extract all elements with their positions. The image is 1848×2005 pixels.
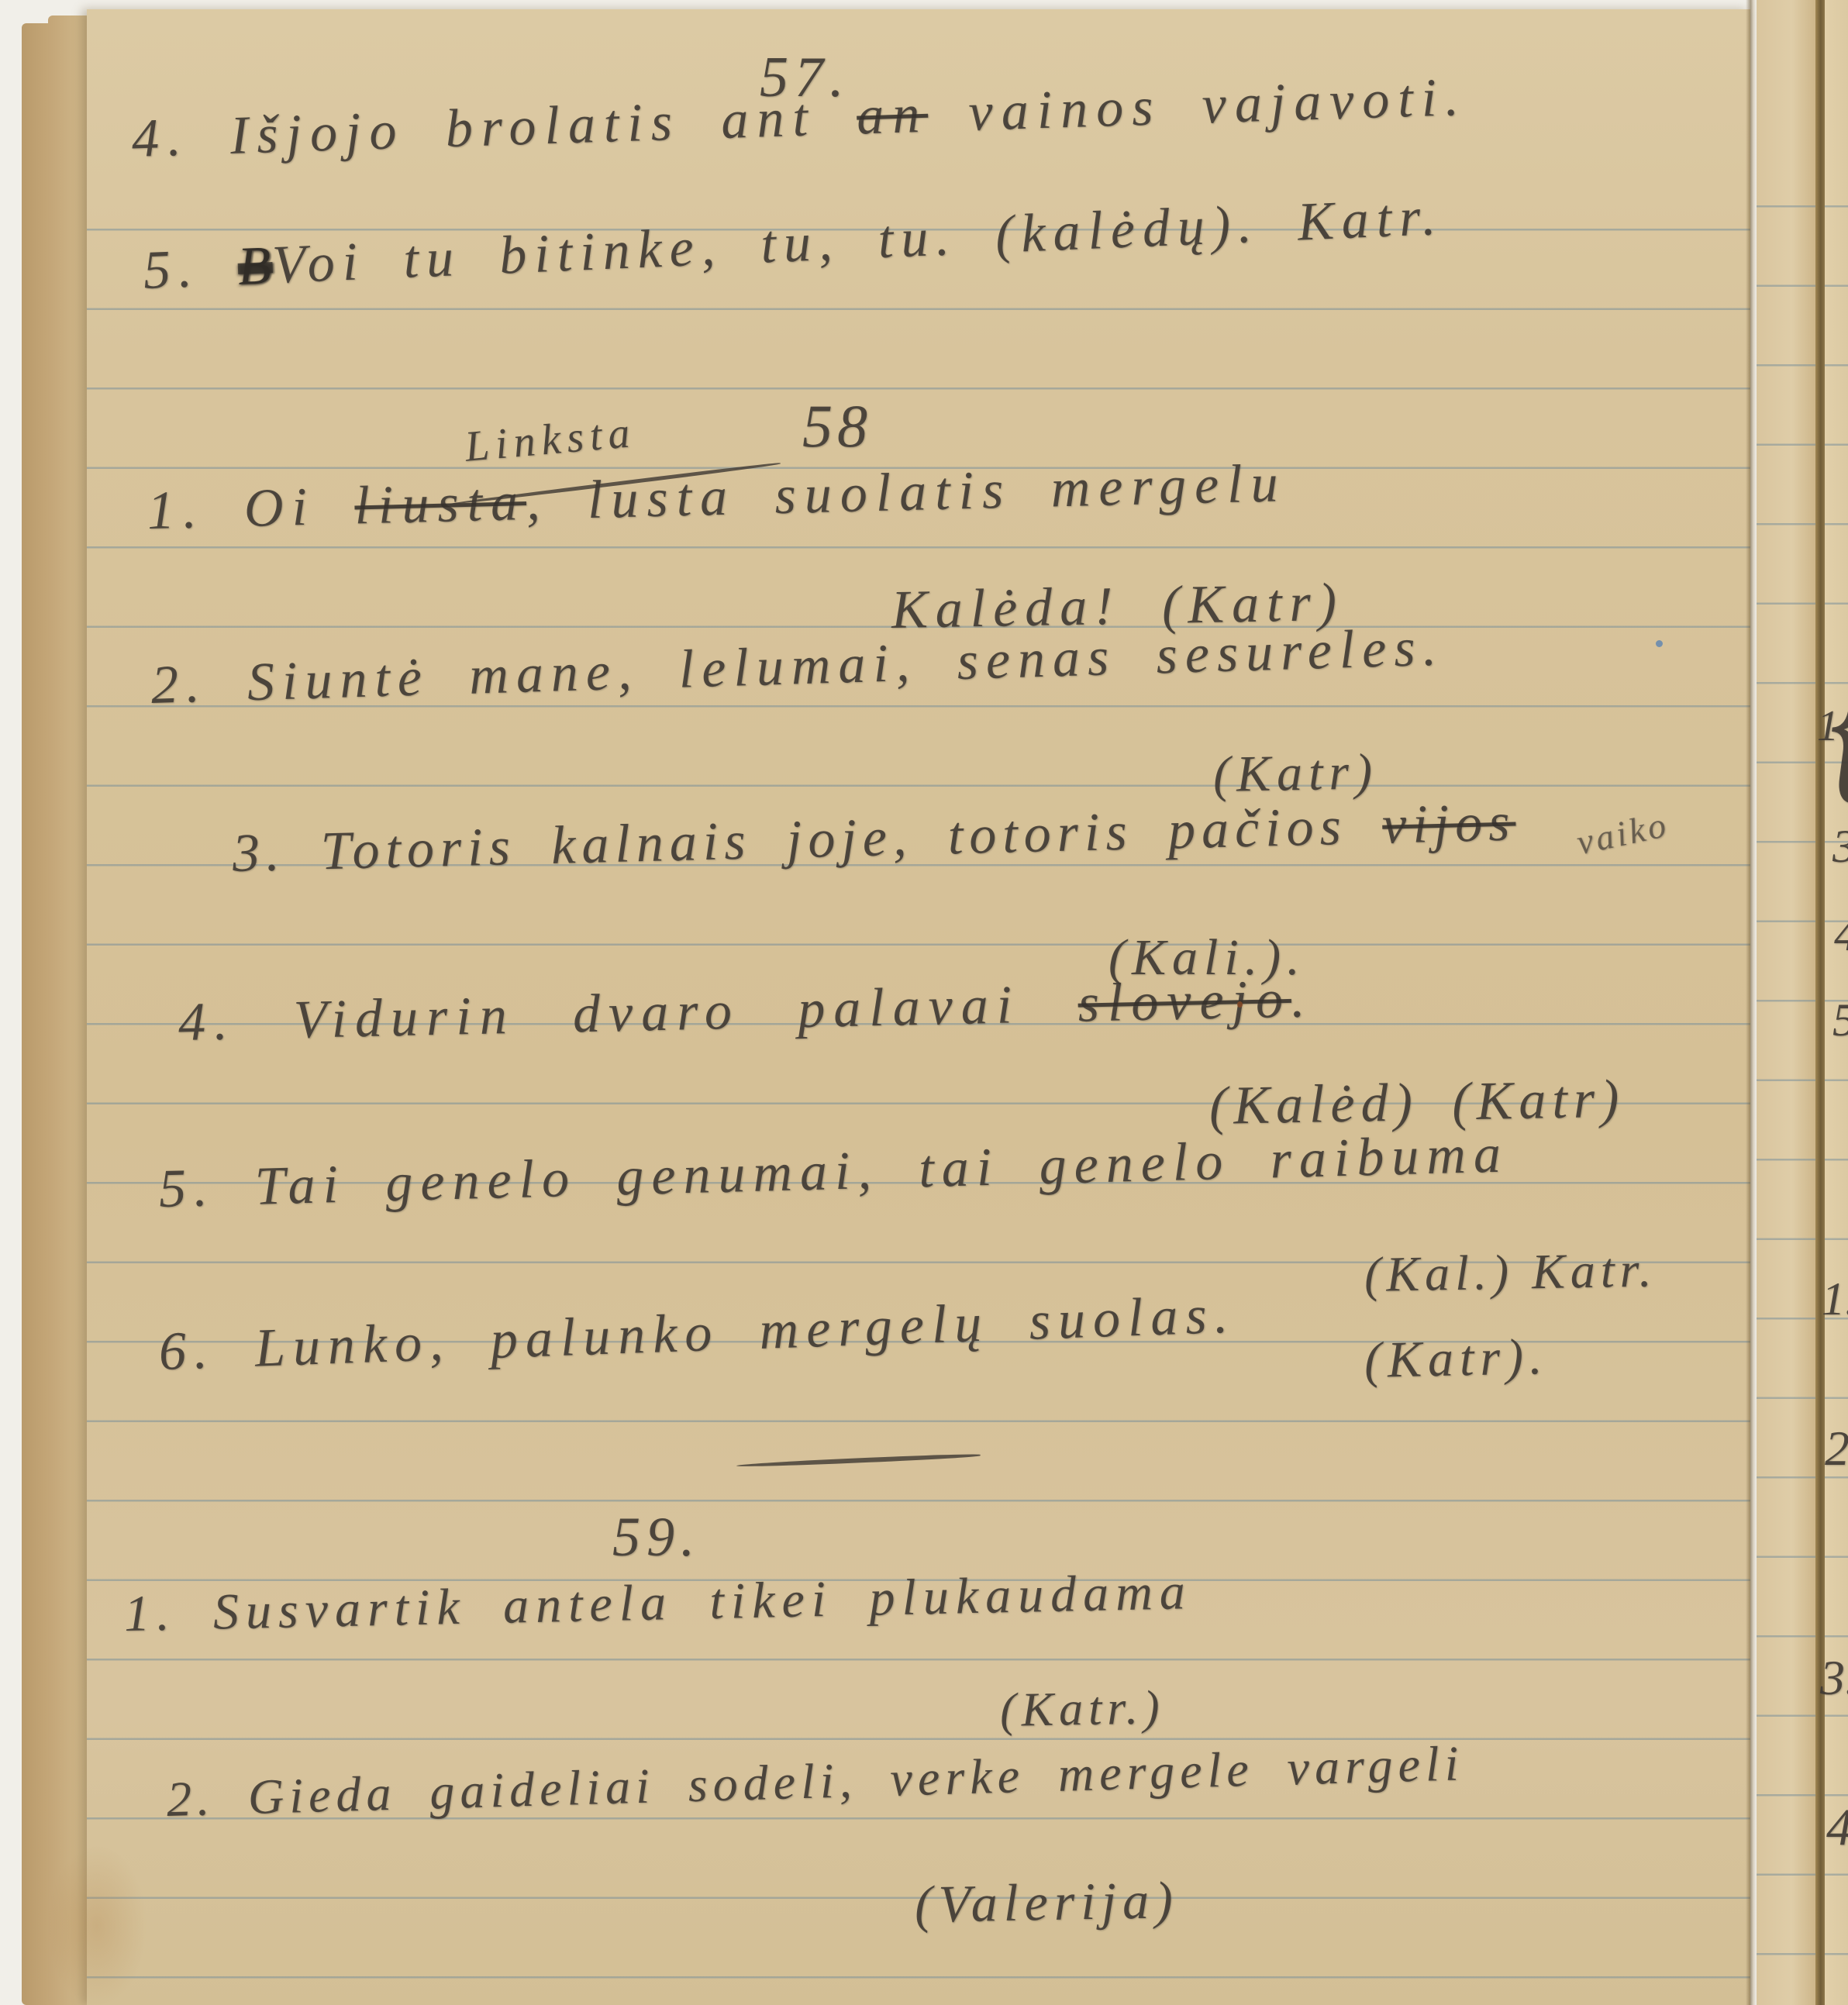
entry-58-1-strikethrough: liusta [353,472,526,536]
refrain-58-6: (Katr). [1364,1328,1549,1390]
section-heading-59: 59. [612,1505,701,1569]
refrain-59-2: (Valerija) [914,1869,1179,1934]
fold-crease [1746,0,1757,2005]
refrain-59-1: (Katr.) [999,1680,1165,1738]
section-heading-58: 58 [802,391,872,461]
blue-ink-speck [1656,640,1663,647]
next-page-number-3dot: 3. [1820,1649,1848,1707]
next-page-number-3: 3 [1832,820,1848,873]
entry-57-5-scribbled-word: B [236,236,274,297]
entry-58-4-text-end: . [1291,969,1314,1029]
entry-58-1-text: 1. Oi [147,476,355,541]
page-margin-right [1757,0,1815,2005]
next-page-brace: { [1829,618,1848,823]
next-page-number-1dot: 1. [1822,1273,1848,1326]
paper-stain [47,1845,147,2005]
entry-57-4-strikethrough: an [856,84,929,146]
underlying-page-edge-inner [48,16,91,2005]
ruled-lines-right [1757,128,1815,2005]
entry-58-3-strikethrough: vijos [1381,793,1516,856]
next-page-number-5: 5 [1832,994,1848,1047]
next-page-number-2dot: 2. [1825,1420,1848,1477]
entry-57-5-text: 5. [142,237,239,301]
refrain-58-5: (Kal.) Katr. [1364,1241,1657,1303]
next-page-number-4: 4 [1834,908,1848,962]
rust-speck [1237,1001,1243,1008]
next-page-number-4b: 4 [1826,1797,1848,1857]
entry-58-4-strikethrough: slovejo [1077,970,1292,1034]
ruled-lines-next-page [1825,128,1848,2005]
